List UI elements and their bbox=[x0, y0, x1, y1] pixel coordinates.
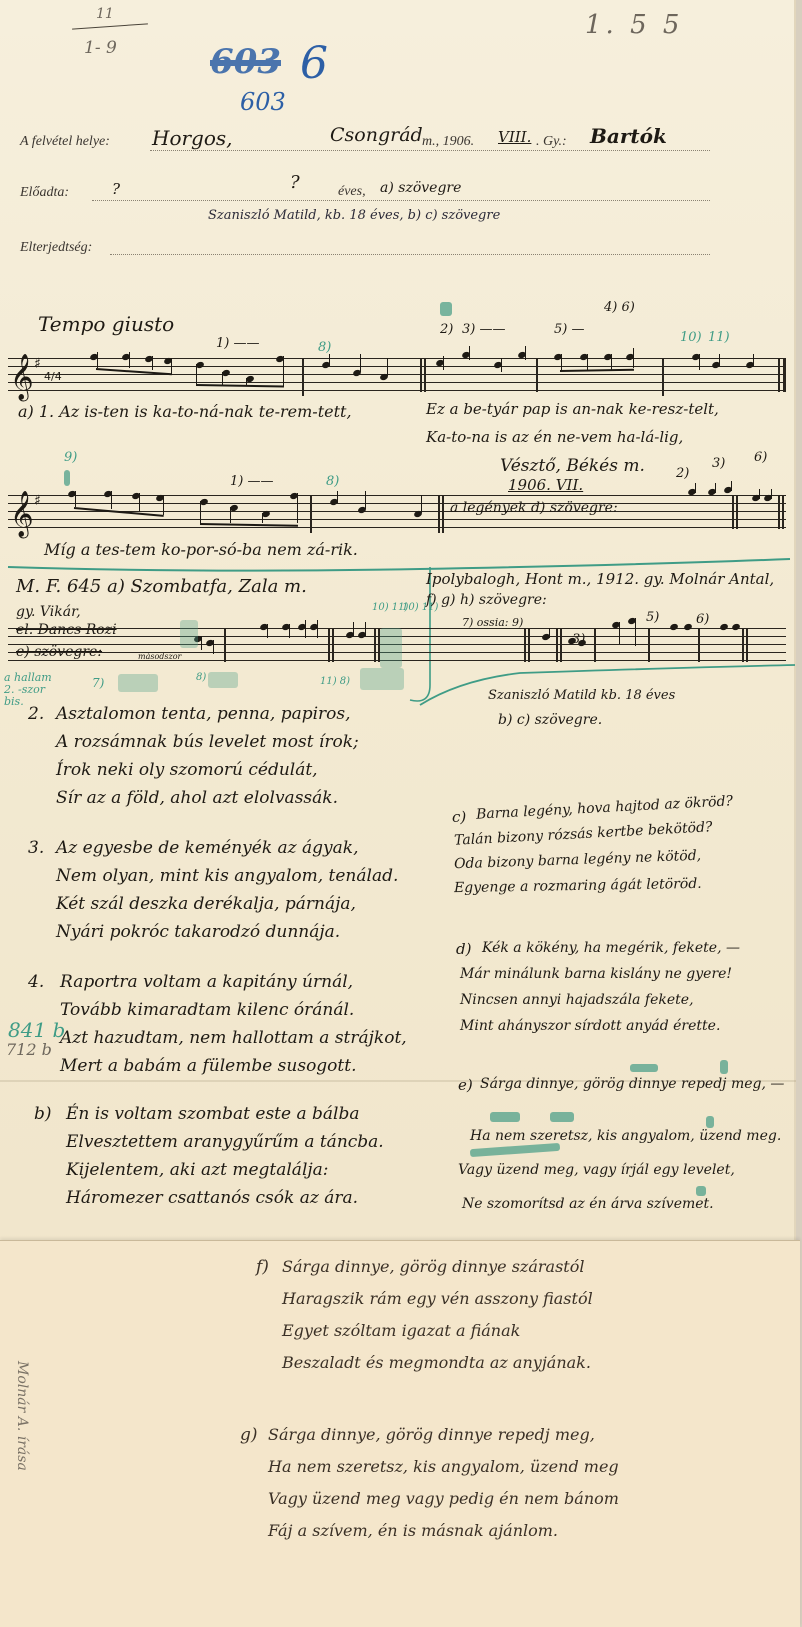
stanza-line: Oda bizony barna legény ne kötöd, bbox=[454, 848, 702, 873]
place-dotted-line bbox=[150, 150, 710, 151]
performer-label: Előadta: bbox=[20, 185, 69, 201]
fraction-bottom: 1- 9 bbox=[84, 38, 117, 58]
side-note: Molnár A. írása bbox=[14, 1361, 30, 1471]
rhythm-mark bbox=[706, 1116, 714, 1128]
place-label: A felvétel helye: bbox=[20, 134, 110, 150]
lyrics-line-2: Ka-to-na is az én ne-vem ha-lá-lig, bbox=[426, 428, 683, 446]
music-staff-1: 𝄞 ♯ 4/4 bbox=[8, 358, 786, 392]
svg-text:𝄞: 𝄞 bbox=[10, 491, 34, 539]
stanza-line: Mint ahányszor sírdott anyád érette. bbox=[460, 1018, 720, 1034]
green-notation-2 bbox=[118, 674, 158, 692]
stanza-line: Sárga dinnye, görög dinnye szárastól bbox=[282, 1257, 584, 1276]
stanza-line: Egyenge a rozmaring ágát letöröd. bbox=[454, 876, 702, 896]
green-margin-note: a hallam 2. -szor bis. bbox=[4, 672, 60, 708]
mf-reference: M. F. 645 a) Szombatfa, Zala m. bbox=[16, 576, 307, 597]
staff2-notation: 𝄞 ♯ bbox=[8, 487, 786, 527]
performer-value: ? bbox=[112, 180, 120, 198]
stanza-line: Háromezer csattanós csók az ára. bbox=[66, 1188, 358, 1208]
green-correction-mark bbox=[440, 302, 452, 316]
green-correction-mark-2 bbox=[64, 470, 70, 486]
staff2-annotation-2: 2) bbox=[676, 466, 689, 481]
stanza-line: Nyári pokróc takarodzó dunnája. bbox=[56, 922, 340, 942]
staff1-annotation-2: 2) bbox=[440, 322, 453, 337]
variant-place: Vésztő, Békés m. bbox=[500, 456, 645, 476]
lyrics-line-1a: a) 1. Az is-ten is ka-to-ná-nak te-rem-t… bbox=[18, 402, 352, 421]
variant-collector: gy. Vikár, bbox=[16, 604, 81, 620]
stanza-label: c) bbox=[452, 808, 466, 826]
stanza-line: Ne szomorítsd az én árva szívemet. bbox=[462, 1196, 714, 1212]
stanza-line: Már minálunk barna kislány ne gyere! bbox=[460, 966, 732, 982]
lyrics-line-1b: Ez a be-tyár pap is an-nak ke-resz-telt, bbox=[426, 400, 719, 418]
stanza-line: Asztalomon tenta, penna, papiros, bbox=[56, 704, 351, 724]
stanza-line: A rozsámnak bús levelet most írok; bbox=[56, 732, 359, 752]
attached-sheet: Molnár A. írása f) Sárga dinnye, görög d… bbox=[0, 1240, 800, 1627]
stanza-line: Nem olyan, mint kis angyalom, tenálad. bbox=[56, 866, 398, 886]
stanza-line: Nincsen annyi hajadszála fekete, bbox=[460, 992, 694, 1008]
staff2-annotation-9: 9) bbox=[64, 450, 77, 465]
stanza-line: Tovább kimaradtam kilenc óránál. bbox=[60, 1000, 354, 1020]
stanza-line: Fáj a szívem, én is másnak ajánlom. bbox=[268, 1521, 558, 1540]
stanza-line: Elvesztettem aranygyűrűm a táncba. bbox=[66, 1132, 384, 1152]
stanza-label: 2. bbox=[28, 704, 44, 724]
performer-note: Szaniszló Matild, kb. 18 éves, b) c) szö… bbox=[208, 208, 500, 223]
rhythm-mark bbox=[630, 1064, 658, 1072]
rhythm-mark bbox=[550, 1112, 574, 1122]
county-suffix: m., 1906. bbox=[422, 134, 474, 150]
stanza-line: Sárga dinnye, görög dinnye repedj meg, bbox=[268, 1425, 595, 1444]
stanza-line: Ha nem szeretsz, kis angyalom, üzend meg bbox=[268, 1457, 619, 1476]
staff1-annotation-5: 5) — bbox=[554, 322, 584, 337]
rhythm-mark bbox=[720, 1060, 728, 1074]
green-label-7: 7) bbox=[92, 676, 104, 690]
green-notation-5 bbox=[380, 628, 402, 668]
collector-value: Bartók bbox=[590, 124, 667, 148]
right-variant-note: f) g) h) szövegre: bbox=[426, 592, 547, 608]
fraction-top: 11 bbox=[96, 6, 114, 22]
blue-number-suffix: 6 bbox=[300, 38, 328, 89]
crossed-number: 603 bbox=[210, 42, 281, 82]
svg-text:♯: ♯ bbox=[34, 493, 41, 509]
green-notation-4 bbox=[360, 668, 404, 690]
stanza-line: Kék a kökény, ha megérik, fekete, — bbox=[482, 940, 740, 956]
svg-text:♯: ♯ bbox=[34, 356, 41, 372]
stanza-line: Sárga dinnye, görög dinnye repedj meg, — bbox=[480, 1076, 784, 1092]
rhythm-mark bbox=[470, 1143, 560, 1157]
month-value: VIII. bbox=[498, 128, 531, 146]
right-variant-place: Ipolybalogh, Hont m., 1912. gy. Molnár A… bbox=[426, 570, 774, 588]
stanza-label: e) bbox=[458, 1076, 473, 1094]
svg-text:𝄞: 𝄞 bbox=[10, 354, 34, 402]
tempo-marking: Tempo giusto bbox=[38, 312, 174, 336]
staff1-annotation-3: 3) —— bbox=[462, 322, 505, 337]
distribution-dotted-line bbox=[110, 254, 710, 255]
age-note: a) szövegre bbox=[380, 180, 461, 196]
green-label-11: 11) 8) bbox=[320, 676, 350, 687]
stanza-line: Ha nem szeretsz, kis angyalom, üzend meg… bbox=[470, 1128, 781, 1144]
blue-number-below: 603 bbox=[240, 88, 286, 116]
collector-label: . Gy.: bbox=[536, 134, 567, 150]
right-label-3: 3) bbox=[572, 632, 585, 647]
place-value: Horgos, bbox=[152, 126, 233, 150]
staff1-annotation-4-6: 4) 6) bbox=[604, 300, 635, 315]
green-label-8: 8) bbox=[196, 672, 206, 683]
stanza-line: Az egyesbe de keményék az ágyak, bbox=[56, 838, 358, 858]
county-value: Csongrád bbox=[330, 124, 423, 146]
staff1-annotation-1: 1) —— bbox=[216, 336, 259, 351]
fraction-bar bbox=[72, 23, 148, 29]
stanza-line: Azt hazudtam, nem hallottam a strájkot, bbox=[60, 1028, 407, 1048]
stanza-label: 3. bbox=[28, 838, 44, 858]
rhythm-mark bbox=[696, 1186, 706, 1196]
distribution-label: Elterjedtség: bbox=[20, 240, 92, 256]
performer-dotted-line bbox=[92, 200, 710, 201]
rhythm-mark bbox=[490, 1112, 520, 1122]
stanza-line: Beszaladt és megmondta az anyjának. bbox=[282, 1353, 591, 1372]
stanza-label: 4. bbox=[28, 972, 44, 992]
staff2-annotation-3: 3) bbox=[712, 456, 725, 471]
stanza-line: Két szál deszka derékalja, párnája, bbox=[56, 894, 356, 914]
margin-number-green: 841 b bbox=[8, 1018, 65, 1042]
stanza-label: g) bbox=[240, 1425, 258, 1445]
margin-number-pencil: 712 b bbox=[6, 1040, 52, 1059]
stanza-line: Én is voltam szombat este a bálba bbox=[66, 1104, 359, 1124]
ossia-label: 7) ossia: 9) bbox=[462, 616, 523, 629]
stanza-line: Egyet szóltam igazat a fiának bbox=[282, 1321, 520, 1340]
stanza-label: d) bbox=[456, 940, 471, 958]
stanza-line: Mert a babám a fülembe susogott. bbox=[60, 1056, 357, 1076]
stanza-line: Kijelentem, aki azt megtalálja: bbox=[66, 1160, 329, 1180]
stanza-line: Haragszik rám egy vén asszony fiastól bbox=[282, 1289, 593, 1308]
stanza-line: Barna legény, hova hajtod az ökröd? bbox=[476, 793, 734, 822]
stanza-line: Vagy üzend meg, vagy írjál egy levelet, bbox=[458, 1162, 735, 1178]
staff1-annotation-10: 10) bbox=[680, 330, 702, 345]
age-value: ? bbox=[290, 172, 300, 193]
staff1-annotation-11: 11) bbox=[708, 330, 730, 345]
stanza-line: Sír az a föld, ahol azt elolvassák. bbox=[56, 788, 338, 808]
stanza-line: Vagy üzend meg vagy pedig én nem bánom bbox=[268, 1489, 619, 1508]
age-label: éves, bbox=[338, 184, 366, 200]
stanza-line: Talán bizony rózsás kertbe bekötöd? bbox=[454, 819, 713, 849]
stanza-label: b) bbox=[34, 1104, 52, 1124]
right-label-6: 6) bbox=[696, 612, 709, 627]
reference-number: 1. 5 5 bbox=[585, 10, 683, 40]
stanza-line: Írok neki oly szomorú cédulát, bbox=[56, 760, 318, 780]
green-notation-3 bbox=[208, 672, 238, 688]
svg-text:4/4: 4/4 bbox=[44, 370, 62, 383]
right-performer-note: b) c) szövegre. bbox=[498, 712, 602, 728]
stanza-label: f) bbox=[256, 1257, 269, 1277]
green-notation-1 bbox=[180, 620, 198, 648]
staff2-annotation-6: 6) bbox=[754, 450, 767, 465]
variant-note: a legények d) szövegre: bbox=[450, 500, 618, 516]
right-performer: Szaniszló Matild kb. 18 éves bbox=[488, 688, 675, 703]
right-label-5: 5) bbox=[646, 610, 659, 625]
music-staff-2: 𝄞 ♯ bbox=[8, 495, 786, 529]
stanza-line: Raportra voltam a kapitány úrnál, bbox=[60, 972, 353, 992]
